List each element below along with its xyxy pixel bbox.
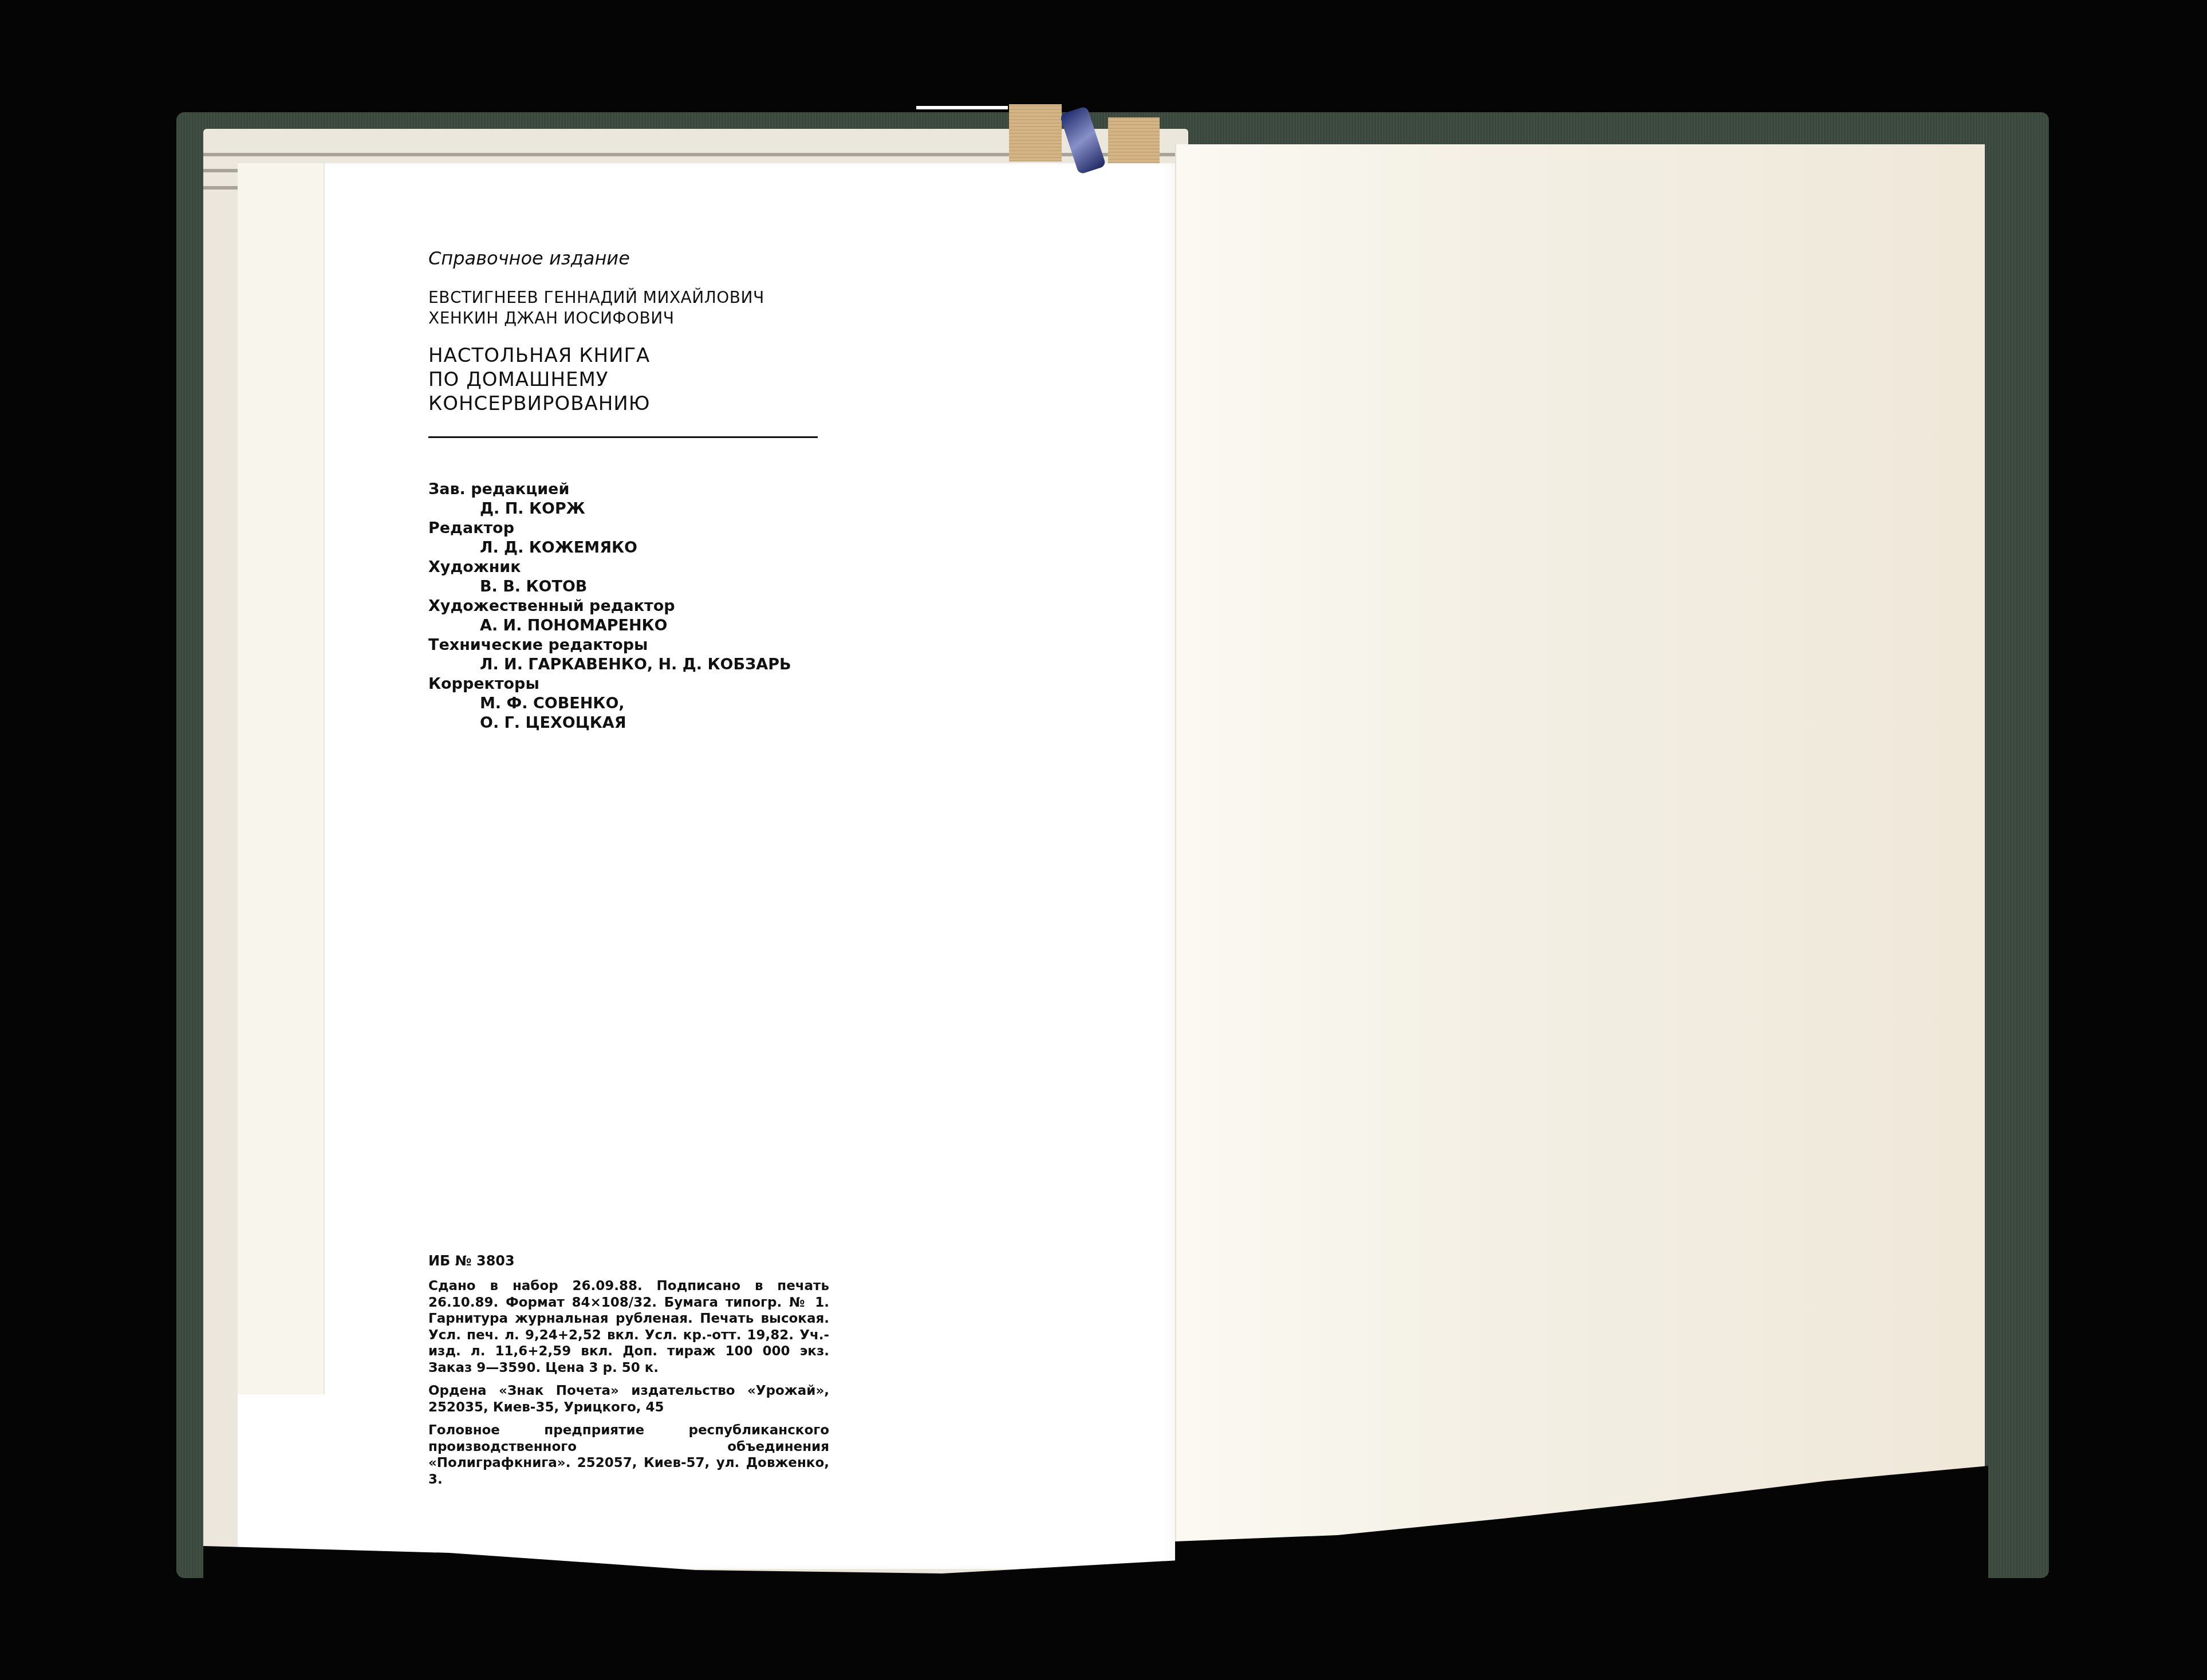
credit-role: Зав. редакцией <box>428 480 791 499</box>
authors: ЕВСТИГНЕЕВ ГЕННАДИЙ МИХАЙЛОВИЧ ХЕНКИН ДЖ… <box>428 287 764 329</box>
credit-name: В. В. КОТОВ <box>428 577 791 597</box>
ib-number: ИБ № 3803 <box>428 1253 515 1269</box>
credit-role: Технические редакторы <box>428 636 791 655</box>
book-title: НАСТОЛЬНАЯ КНИГА ПО ДОМАШНЕМУ КОНСЕРВИРО… <box>428 344 651 416</box>
printer-info: Головное предприятие республиканского пр… <box>428 1422 829 1488</box>
credit-role: Художественный редактор <box>428 597 791 616</box>
credit-role: Редактор <box>428 519 791 538</box>
spine-tape <box>1108 117 1160 163</box>
imprint: Сдано в набор 26.09.88. Подписано в печа… <box>428 1278 829 1494</box>
author-name: ЕВСТИГНЕЕВ ГЕННАДИЙ МИХАЙЛОВИЧ <box>428 287 764 308</box>
publisher-info: Ордена «Знак Почета» издательство «Урожа… <box>428 1383 829 1415</box>
credit-name: О. Г. ЦЕХОЦКАЯ <box>428 713 791 733</box>
series-label: Справочное издание <box>428 247 630 269</box>
divider <box>428 436 818 438</box>
title-line: ПО ДОМАШНЕМУ <box>428 368 651 392</box>
credit-name: М. Ф. СОВЕНКО, <box>428 694 791 713</box>
credit-name: Л. И. ГАРКАВЕНКО, Н. Д. КОБЗАРЬ <box>428 655 791 675</box>
credit-name: Л. Д. КОЖЕМЯКО <box>428 538 791 558</box>
title-line: КОНСЕРВИРОВАНИЮ <box>428 392 651 416</box>
right-page-blank <box>1175 144 1985 1541</box>
credit-name: Д. П. КОРЖ <box>428 499 791 519</box>
title-line: НАСТОЛЬНАЯ КНИГА <box>428 344 651 368</box>
author-name: ХЕНКИН ДЖАН ИОСИФОВИЧ <box>428 308 764 329</box>
spine-edge-highlight <box>916 106 1008 109</box>
left-page-foldout-margin <box>238 163 325 1394</box>
spine-tape <box>1009 104 1062 161</box>
credit-name: А. И. ПОНОМАРЕНКО <box>428 616 791 636</box>
credit-role: Корректоры <box>428 675 791 694</box>
print-details: Сдано в набор 26.09.88. Подписано в печа… <box>428 1278 829 1376</box>
credits: Зав. редакцией Д. П. КОРЖ Редактор Л. Д.… <box>428 480 791 733</box>
credit-role: Художник <box>428 558 791 577</box>
